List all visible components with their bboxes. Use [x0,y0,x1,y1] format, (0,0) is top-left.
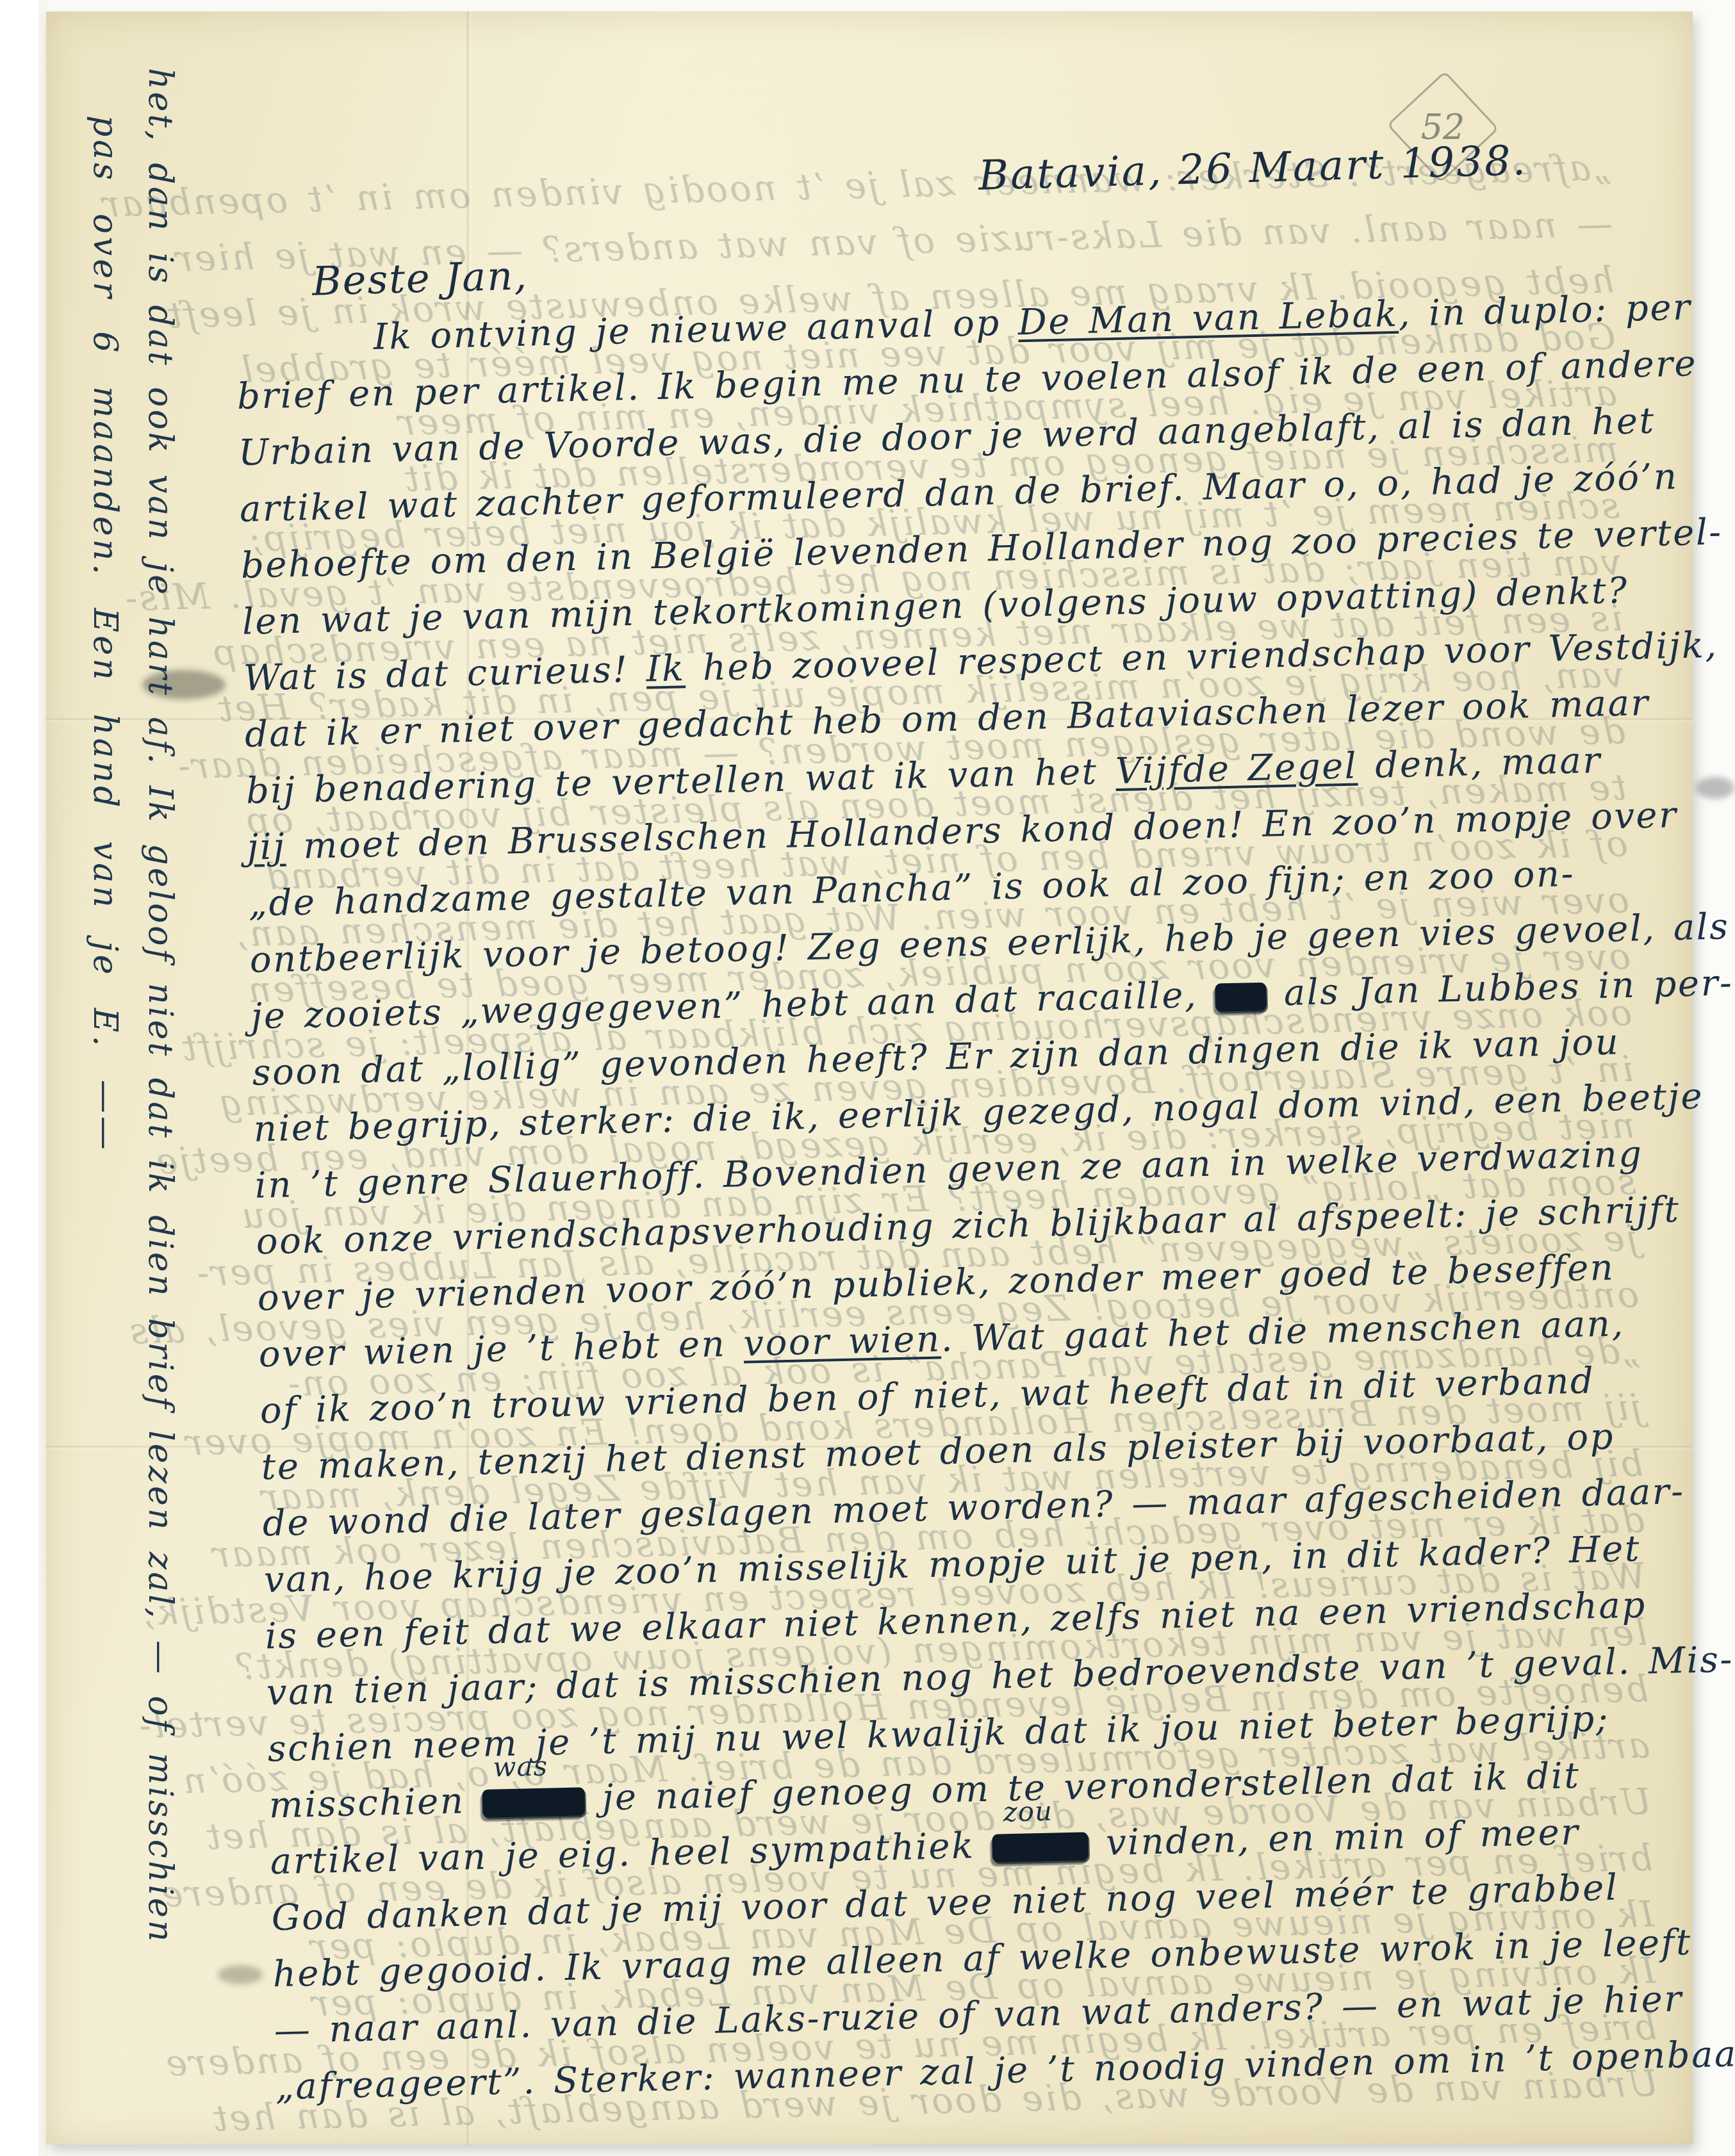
inserted-word: was [492,1738,548,1796]
text-segment: als Jan Lubbes in per- [1266,962,1734,1015]
text-segment: . Wat gaat het die menschen aan, [941,1303,1625,1360]
text-segment: Ik ontving je nieuwe aanval op [373,302,1018,358]
inserted-word: zou [1003,1783,1053,1841]
letter-paper: „afreageert”. Sterker: wanneer zal je ’t… [46,12,1693,2144]
ink-smudge [218,1965,263,1984]
text-segment: misschien [268,1780,482,1827]
underlined-phrase: jij [247,826,286,868]
ink-blackout [1215,983,1267,1012]
letter-body: Ik ontving je nieuwe aanval op De Man va… [235,281,1698,2116]
text-segment: , in duplo: per [1398,286,1692,334]
text-segment: over wien je ’t hebt en [258,1323,744,1375]
underlined-phrase: De Man van Lebak [1017,293,1399,343]
scanned-letter-screenshot: { "document": { "kind": "handwritten let… [0,0,1735,2156]
margin-note-inner: het, dan is dat ook van je hart af. Ik g… [141,68,179,1944]
underlined-phrase: Vijfde Zegel [1115,745,1358,792]
correction: zou [992,1815,1089,1874]
correction: was [482,1770,586,1829]
salutation: Beste Jan, [311,252,529,304]
margin-note-outer: pas over 6 maanden. Een hand van je E. —… [86,115,124,1153]
text-segment: Wat is dat curieus! [243,649,646,699]
underlined-phrase: voor wien [743,1318,942,1364]
underlined-phrase: Ik [646,648,686,690]
text-segment: artikel van je eig. heel sympathiek [270,1825,992,1883]
correction [1215,966,1267,1024]
ink-smudge [1696,777,1734,799]
text-segment: denk, maar [1357,740,1602,787]
text-segment: vinden, en min of meer [1088,1811,1580,1864]
